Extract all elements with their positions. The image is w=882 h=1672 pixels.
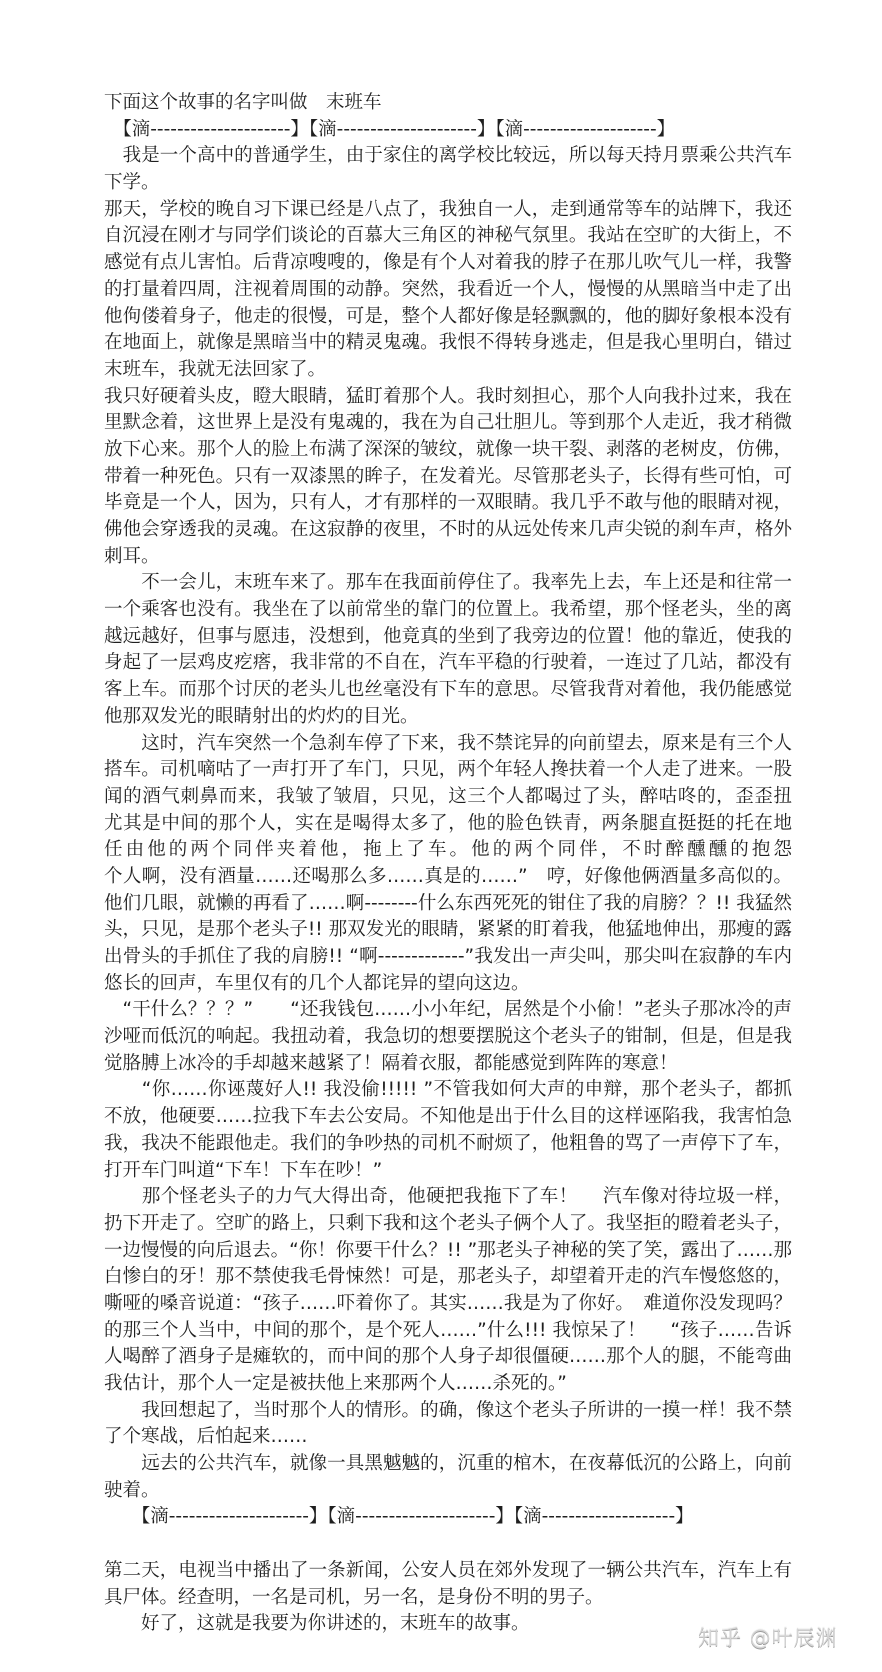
text-line: 出骨头的手抓住了我的肩膀!! “啊-------------”我发出一声尖叫，那…	[104, 944, 792, 971]
text-line: 第二天，电视当中播出了一条新闻，公安人员在郊外发现了一辆公共汽车，汽车上有两	[104, 1558, 792, 1585]
text-line: 刺耳。	[104, 544, 804, 571]
text-line: 他佝偻着身子，他走的很慢，可是，整个人都好像是轻飘飘的，他的脚好象根本没有踏	[104, 304, 792, 331]
text-line: 他那双发光的眼睛射出的灼灼的目光。	[104, 704, 804, 731]
text-line: 里默念着，这世界上是没有鬼魂的，我在为自己壮胆儿。等到那个人走近，我才稍微的	[104, 410, 792, 437]
text-line: 任由他的两个同伴夹着他，拖上了车。他的两个同伴，不时醉醺醺的抱怨着，“饿……这	[104, 837, 792, 864]
text-line: 一个乘客也没有。我坐在了以前常坐的靠门的位置上。我希望，那个怪老头，坐的离我	[104, 597, 792, 624]
text-line: 人喝醉了酒身子是瘫软的，而中间的那个人身子却很僵硬……那个人的腿，不能弯曲了……	[104, 1344, 792, 1371]
text-line: 他们几眼，就懒的再看了……啊--------什么东西死死的钳住了我的肩膀？？!!…	[104, 891, 792, 918]
blank-line	[104, 1531, 804, 1558]
text-line: 【滴---------------------】【滴--------------…	[104, 117, 804, 144]
text-line: 不放，他硬要……拉我下车去公安局。不知他是出于什么目的这样诬陷我，我害怕急了!!	[104, 1104, 792, 1131]
text-line: 越远越好，但事与愿违，没想到，他竟真的坐到了我旁边的位置！他的靠近，使我的浑	[104, 624, 792, 651]
text-line: 的那三个人当中，中间的那个，是个死人……”什么!!! 我惊呆了！ “孩子……告诉…	[104, 1318, 792, 1345]
text-line: 那个怪老头子的力气大得出奇，他硬把我拖下了车！ 汽车像对待垃圾一样，把我	[104, 1184, 792, 1211]
text-line: 了个寒战，后怕起来……	[104, 1424, 804, 1451]
text-line: 毕竟是一个人，因为，只有人，才有那样的一双眼睛。我几乎不敢与他的眼睛对视，仿	[104, 490, 792, 517]
text-line: 不一会儿，末班车来了。那车在我面前停住了。我率先上去，车上还是和往常一样，	[104, 570, 792, 597]
text-line: 放下心来。那个人的脸上布满了深深的皱纹，就像一块干裂、剥落的老树皮，仿佛，还	[104, 437, 792, 464]
text-line: 我，我决不能跟他走。我们的争吵热的司机不耐烦了，他粗鲁的骂了一声停下了车，他	[104, 1131, 792, 1158]
text-line: “干什么？？？” “还我钱包……小小年纪，居然是个小偷！”老头子那冰冷的声音，	[104, 997, 792, 1024]
text-line: 这时，汽车突然一个急刹车停了下来，我不禁诧异的向前望去，原来是有三个人要	[104, 731, 792, 758]
text-line: 我只好硬着头皮，瞪大眼睛，猛盯着那个人。我时刻担心，那个人向我扑过来，我在心	[104, 384, 792, 411]
text-line: 一边慢慢的向后退去。“你！你要干什么？!! ”那老头子神秘的笑了笑，露出了……那…	[104, 1238, 792, 1265]
text-line: 下学。	[104, 170, 804, 197]
text-line: 悠长的回声，车里仅有的几个人都诧异的望向这边。	[104, 971, 804, 998]
text-line: 带着一种死色。只有一双漆黑的眸子，在发着光。尽管那老头子，长得有些可怕，可他	[104, 464, 792, 491]
text-line: 自沉浸在刚才与同学们谈论的百慕大三角区的神秘气氛里。我站在空旷的大街上，不禁	[104, 223, 792, 250]
text-line: 末班车，我就无法回家了。	[104, 357, 804, 384]
text-line: 打开车门叫道“下车！下车在吵！”	[104, 1158, 804, 1185]
text-line: 我回想起了，当时那个人的情形。的确，像这个老头子所讲的一摸一样！我不禁打	[104, 1398, 792, 1425]
text-line: 尤其是中间的那个人，实在是喝得太多了，他的脸色铁青，两条腿直挺挺的托在地上，	[104, 811, 792, 838]
text-line: 闻的酒气刺鼻而来，我皱了皱眉，只见，这三个人都喝过了头，醉咕咚的，歪歪扭扭。	[104, 784, 792, 811]
text-line: 具尸体。经查明，一名是司机，另一名，是身份不明的男子。	[104, 1585, 804, 1612]
story-document: 下面这个故事的名字叫做 末班车 【滴---------------------】…	[104, 90, 804, 1638]
text-line: 【滴---------------------】【滴--------------…	[104, 1504, 804, 1531]
text-line: 客上车。而那个讨厌的老头儿也丝毫没有下车的意思。尽管我背对着他，我仍能感觉到，	[104, 677, 792, 704]
text-line: 搭车。司机嘀咕了一声打开了车门，只见，两个年轻人搀扶着一个人走了进来。一股难	[104, 757, 792, 784]
zhihu-watermark: 知乎 @叶辰渊	[698, 1622, 838, 1652]
text-line: 下面这个故事的名字叫做 末班车	[104, 90, 804, 117]
text-line: 在地面上，就像是黑暗当中的精灵鬼魂。我恨不得转身逃走，但是我心里明白，错过了	[104, 330, 792, 357]
text-line: 身起了一层鸡皮疙瘩，我非常的不自在，汽车平稳的行驶着，一连过了几站，都没有乘	[104, 650, 792, 677]
text-line: 我是一个高中的普通学生，由于家住的离学校比较远，所以每天持月票乘公共汽车上	[104, 143, 792, 170]
text-line: 觉胳膊上冰冷的手却越来越紧了！隔着衣服，都能感觉到阵阵的寒意！	[104, 1051, 804, 1078]
text-line: 驶着。	[104, 1478, 804, 1505]
text-line: 嘶哑的嗓音说道：“孩子……吓着你了。其实……我是为了你好。 难道你没发现吗？上车	[104, 1291, 792, 1318]
text-line: 的打量着四周，注视着周围的动静。突然，我看近一个人，慢慢的从黑暗当中走了出来，	[104, 277, 792, 304]
text-line: 感觉有点儿害怕。后背凉嗖嗖的，像是有个人对着我的脖子在那儿吹气儿一样，我警觉	[104, 250, 792, 277]
text-line: 个人啊，没有酒量……还喝那么多……真是的……” 哼，好像他俩酒量多高似的。我看了	[104, 864, 792, 891]
text-line: 佛他会穿透我的灵魂。在这寂静的夜里，不时的从远处传来几声尖锐的刹车声，格外的	[104, 517, 792, 544]
text-line: 白惨白的牙！那不禁使我毛骨悚然！可是，那老头子，却望着开走的汽车慢悠悠的，用	[104, 1264, 792, 1291]
text-line: 沙哑而低沉的响起。我扭动着，我急切的想要摆脱这个老头子的钳制，但是，但是我感	[104, 1024, 792, 1051]
text-line: 远去的公共汽车，就像一具黑魆魆的，沉重的棺木，在夜幕低沉的公路上，向前行	[104, 1451, 792, 1478]
text-line: 我估计，那个人一定是被扶他上来那两个人……杀死的。”	[104, 1371, 804, 1398]
text-line: 头，只见，是那个老头子!! 那双发光的眼睛，紧紧的盯着我，他猛地伸出，那瘦的露	[104, 917, 792, 944]
text-line: 那天，学校的晚自习下课已经是八点了，我独自一人，走到通常等车的站牌下，我还兀	[104, 197, 792, 224]
text-line: 扔下开走了。空旷的路上，只剩下我和这个老头子俩个人了。我坚拒的瞪着老头子，我	[104, 1211, 792, 1238]
text-line: “你……你诬蔑好人!! 我没偷!!!!! ”不管我如何大声的申辩，那个老头子，都…	[104, 1077, 792, 1104]
